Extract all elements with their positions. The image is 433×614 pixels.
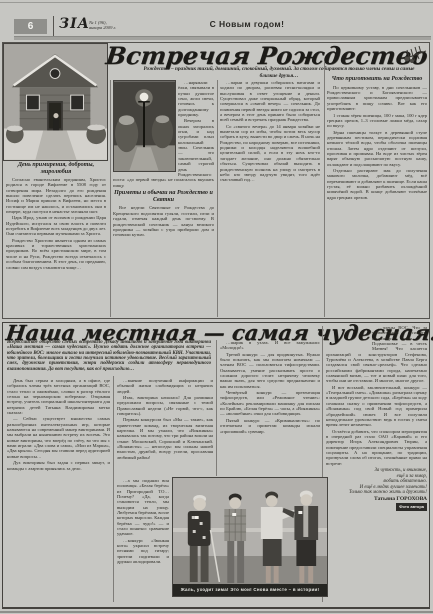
- article-vos-col3: …шарик в узлах. И все зажужжали: «Молодц…: [220, 340, 320, 475]
- paragraph: Четвёртый конкурс — презентация тифлосре…: [220, 390, 320, 417]
- paragraph: 1 стакан зёрен пшеницы, 100 г мака, 100 …: [327, 113, 427, 129]
- winter-house-illustration: [4, 44, 107, 160]
- recipe-text: По церковному уставу, в дни сочельников …: [327, 85, 427, 308]
- paragraph: Со «святого вечера» до 14 января хозяйки…: [220, 124, 320, 183]
- paragraph: Зёрна пшеницы толкут в деревянной ступе …: [327, 130, 427, 167]
- intro-paragraph: Всероссийское общество слепых встретило …: [7, 340, 211, 372]
- night-lamp-photo: [113, 80, 176, 172]
- paragraph: Рождество Христово является одним из сам…: [6, 238, 106, 270]
- newspaper-logo: ЗІА: [59, 16, 90, 32]
- paragraph: По церковному уставу, в дни сочельников …: [327, 85, 427, 112]
- bottom-edge-shadow: [0, 611, 433, 613]
- header-divider: [53, 16, 54, 37]
- paragraph: …конкурс «Звонкая нота» украсил встречу …: [117, 538, 169, 565]
- paragraph: …парни и девушки собирались ватагами и х…: [220, 80, 320, 123]
- newspaper-page: 6 ЗІА № 1 (96), января 2009 г. С Новым г…: [0, 0, 433, 614]
- paragraph: Согласно евангельским преданиям, Христос…: [6, 177, 106, 214]
- paragraph: …шарик в узлах. И все зажужжали: «Молодц…: [220, 340, 320, 351]
- paragraph: Первым конкурсом был «Мы — такие», как п…: [117, 417, 213, 460]
- author-signature: Татьяна ГОРОХОВА: [326, 497, 427, 502]
- paragraph: День был серым и холодным, а в офисе, гд…: [7, 378, 110, 415]
- article-christmas-col2-bottom: Все недели Святочные от Рождества до Кре…: [113, 205, 214, 237]
- paragraph: И вот восьмой, заключительный, конкурс —…: [326, 385, 427, 428]
- section-heading-recipe: Что приготовить на Рождество: [327, 76, 427, 83]
- night-lamp-illustration: [114, 81, 175, 171]
- pine-sprig-icon: [402, 45, 428, 63]
- paragraph: Царь Ирод, узнав от волхвов о рождении Ц…: [6, 215, 106, 236]
- column-rule: [324, 62, 325, 317]
- headline-wrap-spacer: [326, 325, 372, 351]
- paragraph: …мнение полученной информации и обычной …: [117, 378, 213, 394]
- article-vos-col1: День был серым и холодным, а в офисе, гд…: [7, 378, 110, 602]
- group-photo: Жаль, уходит зима! Это мои! Снова вместе…: [172, 477, 328, 597]
- column-rule: [217, 80, 218, 317]
- column-rule: [113, 376, 114, 602]
- article-vos-intro: Всероссийское общество слепых встретило …: [7, 340, 211, 376]
- holiday-greeting: С Новым годом!: [147, 19, 347, 29]
- section-heading-omens: Приметы и обычаи на Рождество и Святки: [113, 190, 214, 204]
- paragraph: Дух викторины был задан с первых минут, …: [7, 460, 110, 471]
- article-christmas-col1: Согласно евангельским преданиям, Христос…: [6, 177, 106, 316]
- article-vos-col4: …члены ВОС. Что за удивительная память, …: [326, 325, 427, 603]
- header-rule: [14, 36, 431, 40]
- paragraph: …а мы подняли вон половицы. «Белая берёз…: [117, 478, 169, 537]
- issue-date: января 2009 г.: [89, 25, 116, 30]
- article-christmas-col2: …наряжали ёлки, связывали в пучки душист…: [113, 80, 214, 317]
- winter-house-photo: [3, 43, 108, 161]
- group-photo-illustration: [173, 478, 327, 586]
- page-number: 6: [14, 19, 47, 34]
- paragraph: Итак, викторина началась! Для разминки п…: [117, 395, 213, 416]
- issue-info: № 1 (96), января 2009 г.: [89, 20, 116, 31]
- top-edge-rule: [0, 2, 433, 3]
- paragraph: Отдельно растирают мак до получения мако…: [327, 168, 427, 200]
- photo-credit: Фото автора: [396, 503, 427, 511]
- paragraph: Все недели Святочные от Рождества до Кре…: [113, 205, 214, 237]
- paragraph: Третий конкурс — для продвинутых. Нужно …: [220, 352, 320, 389]
- paragraph: Пятый конкурс — «Криминалисты»: по отпеч…: [220, 418, 320, 434]
- closing-verse: За чуткость, и внимание,ещё и за юмор,лю…: [326, 468, 427, 496]
- article-christmas-col4: Что приготовить на Рождество По церковно…: [327, 76, 427, 308]
- paragraph: — Сейчас существует множество самых разн…: [7, 416, 110, 459]
- article-christmas-col3: …парни и девушки собирались ватагами и х…: [220, 80, 320, 317]
- article-vos-col2: …мнение полученной информации и обычной …: [117, 378, 213, 475]
- column-rule: [110, 80, 111, 317]
- paragraph: Остаётся добавить, что спонсором меропри…: [326, 429, 427, 466]
- section-heading-reconciliation: День примирения, доброты, миролюбия: [6, 162, 106, 176]
- article-vos-col2-side: …а мы подняли вон половицы. «Белая берёз…: [117, 478, 169, 596]
- column-rule: [216, 340, 217, 476]
- photo-caption: Жаль, уходит зима! Это мои! Снова вместе…: [173, 584, 327, 596]
